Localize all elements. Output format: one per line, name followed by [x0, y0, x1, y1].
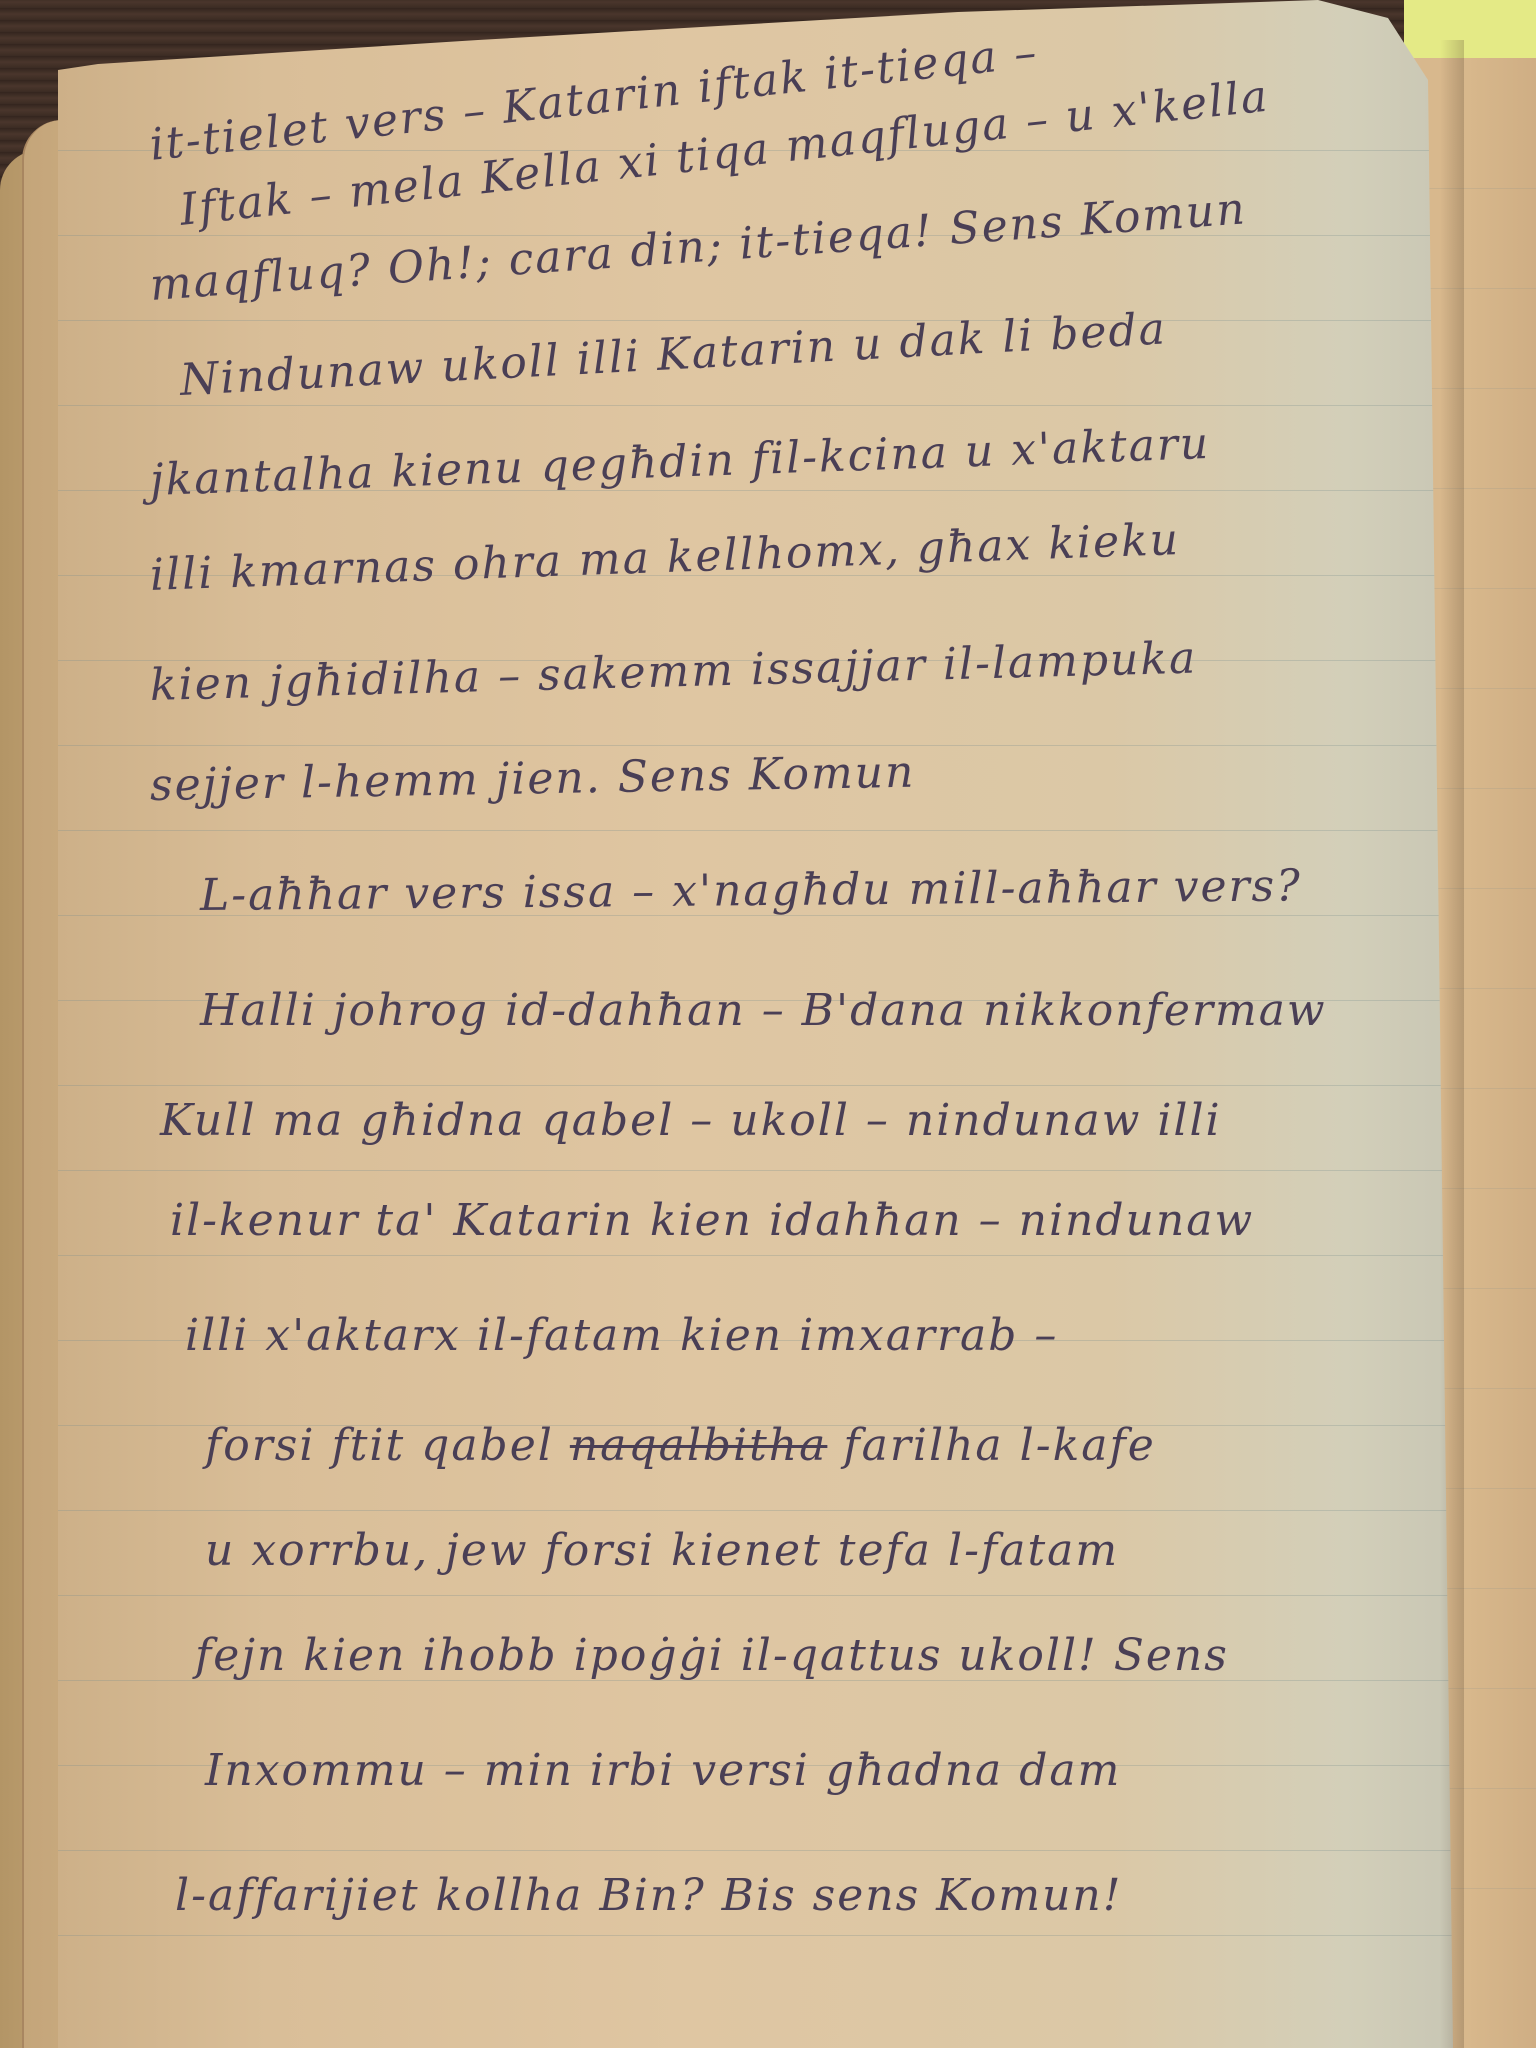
handwritten-text: it-tielet vers – Katarin iftak it-tieqa … [150, 80, 1410, 2040]
text-line: fejn kien ihobb ipoġġi il-qattus ukoll! … [195, 1630, 1229, 1681]
text-line: L-aħħar vers issa – x'nagħdu mill-aħħar … [200, 860, 1302, 921]
text-line: Inxommu – min irbi versi għadna dam [205, 1745, 1121, 1796]
text-line: illi kmarnas ohra ma kellhomx, għax kiek… [149, 514, 1181, 601]
text-line: l-affarijiet kollha Bin? Bis sens Komun! [175, 1870, 1122, 1921]
yellow-sticky-note [1404, 0, 1536, 58]
text-line: forsi ftit qabel naqalbitha farilha l-ka… [205, 1420, 1156, 1471]
text-line: kien jgħidilha – sakemm issajjar il-lamp… [149, 633, 1198, 711]
text-segment: farilha l-kafe [843, 1420, 1155, 1471]
text-line: Halli johrog id-dahħan – B'dana nikkonfe… [200, 985, 1327, 1036]
text-line: sejjer l-hemm jien. Sens Komun [150, 747, 916, 811]
text-line: Kull ma għidna qabel – ukoll – nindunaw … [160, 1095, 1222, 1146]
text-line: il-kenur ta' Katarin kien idahħan – nind… [170, 1195, 1254, 1246]
text-line: jkantalha kienu qegħdin fil-kcina u x'ak… [149, 418, 1211, 506]
struck-through-word: naqalbitha [570, 1420, 828, 1471]
page-gutter-shadow [1440, 40, 1464, 2048]
text-line: u xorrbu, jew forsi kienet tefa l-fatam [205, 1525, 1119, 1576]
text-line: Nindunaw ukoll illi Katarin u dak li bed… [179, 303, 1168, 406]
text-line: illi x'aktarx il-fatam kien imxarrab – [185, 1310, 1058, 1361]
text-segment: forsi ftit qabel [205, 1420, 554, 1471]
